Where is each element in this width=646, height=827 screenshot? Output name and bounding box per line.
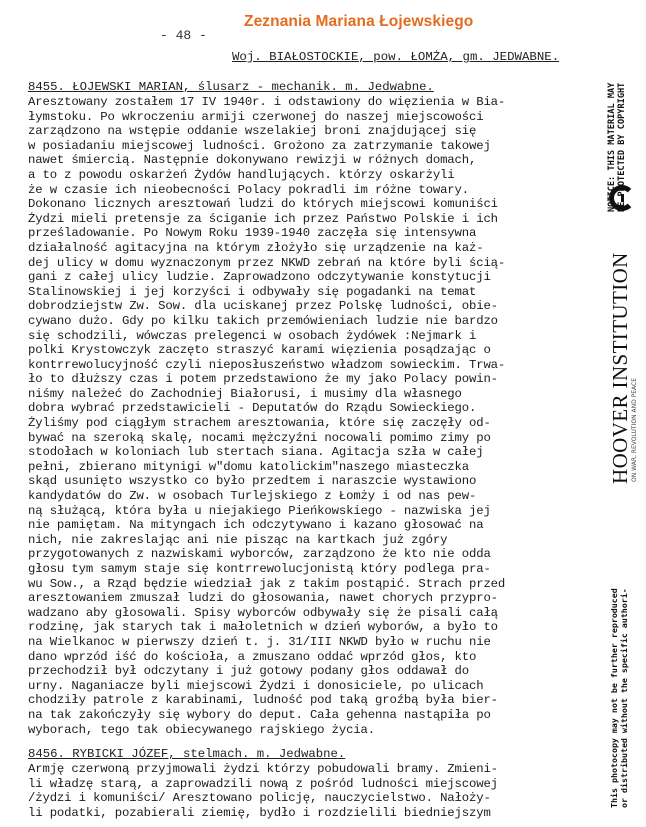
text-line: Żydzi mieli pretensje za ściganie ich pr… (28, 212, 594, 227)
text-line: że w czasie ich nieobecności Polacy pokr… (28, 183, 594, 198)
text-line: nich, nie zakreslając ani nie pisząc na … (28, 533, 594, 548)
text-line: urny. Naganiacze byli miejscowi Żydzi i … (28, 679, 594, 694)
text-line: /żydzi i komuniści/ Aresztowano policję,… (28, 791, 594, 806)
text-line: Armję czerwoną przyjmowali żydzi którzy … (28, 762, 594, 777)
text-line: niśmy należeć do Zachodniej Białorusi, i… (28, 387, 594, 402)
entry-heading: 8456. RYBICKI JÓZEF, stelmach. m. Jedwab… (28, 747, 594, 762)
text-line: przygotowanych z nazwiskami wyborców, za… (28, 547, 594, 562)
text-line: się schodzili, wówczas prelegenci w osob… (28, 329, 594, 344)
text-line: na tak zakończyły się wybory do deput. C… (28, 708, 594, 723)
text-line: Dokonano licznych aresztowań ludzi do kt… (28, 197, 594, 212)
text-line: chodziły patrole z karabinami, ludność p… (28, 693, 594, 708)
text-line: nawet śmiercią. Następnie dokonywano rew… (28, 153, 594, 168)
reproduction-notice-line: This photocopy may not be further reprod… (609, 588, 619, 808)
text-line: nie pamiętam. Na mityngach ich odczytywa… (28, 518, 594, 533)
text-line: dobrodziejstw Zw. Sow. dla uciskanej prz… (28, 299, 594, 314)
reproduction-notice: This photocopy may not be further reprod… (609, 588, 629, 808)
text-line: kandydatów do Zw. w osobach Turlejskiego… (28, 489, 594, 504)
reproduction-notice-line: or distributed without the specific auth… (619, 588, 629, 808)
text-line: rodzinę, jak starych tak i małoletnich w… (28, 620, 594, 635)
text-line: wyborach, tego tak obiecywanego rajskieg… (28, 723, 594, 738)
text-line: przechodził był odczytany i już gotowy p… (28, 664, 594, 679)
text-line: dano wprzód iść do kościoła, a zmuszano … (28, 650, 594, 665)
text-line: ną służącą, która była u niejakiego Pień… (28, 504, 594, 519)
text-line: prześladowanie. Po Nowym Roku 1939-1940 … (28, 226, 594, 241)
text-line: Aresztowany zostałem 17 IV 1940r. i odst… (28, 95, 594, 110)
text-line: bywać na szeroką skalę, nocami mężczyźni… (28, 431, 594, 446)
text-line: działalność agitacyjna na którym złożyło… (28, 241, 594, 256)
text-line: stodołach w koloniach lub stertach siana… (28, 445, 594, 460)
text-line: pełni, zbierano mitynigi w"domu katolick… (28, 460, 594, 475)
testimony-entry: 8455. ŁOJEWSKI MARIAN, ślusarz - mechani… (28, 80, 594, 737)
text-line: li władzę starą, a zaprowadzili nową z p… (28, 777, 594, 792)
page-number: - 48 - (160, 28, 207, 43)
text-line: wu Sow., a Rząd będzie wiedział jak z ta… (28, 577, 594, 592)
text-line: na Wielkanoc w pierwszy dzień t. j. 31/I… (28, 635, 594, 650)
hoover-seal-icon (609, 185, 635, 211)
text-line: wadzano aby głosowali. Spisy wyborców od… (28, 606, 594, 621)
text-line: Żyliśmy pod ciągłym strachem aresztowani… (28, 416, 594, 431)
region-header: Woj. BIAŁOSTOCKIE, pow. ŁOMŻA, gm. JEDWA… (232, 50, 559, 64)
text-line: polki Krystowczyk zaczęto straszyć karam… (28, 343, 594, 358)
text-line: głosu tym samym staje się kontrrewolucjo… (28, 562, 594, 577)
text-line: gani z całej ulicy ludzie. Zaprowadzono … (28, 270, 594, 285)
overlay-title: Zeznania Mariana Łojewskiego (244, 13, 473, 31)
text-line: a to z powodu oskarżeń Żydów handlującyc… (28, 168, 594, 183)
institution-name: HOOVER INSTITUTION (609, 252, 631, 484)
testimony-entry: 8456. RYBICKI JÓZEF, stelmach. m. Jedwab… (28, 747, 594, 820)
text-line: ło to dłuższy czas i potem przedstawiono… (28, 372, 594, 387)
text-line: li podatki, pozabierali ziemię, bydło i … (28, 806, 594, 821)
text-line: kontrrewolucyjność czyli nieposłuszeństw… (28, 358, 594, 373)
text-line: aresztowaniem zmuszał ludzi do głosowani… (28, 591, 594, 606)
text-line: zarządzono na wstępie oddanie wszelakiej… (28, 124, 594, 139)
entry-heading: 8455. ŁOJEWSKI MARIAN, ślusarz - mechani… (28, 80, 594, 95)
entry-body: Aresztowany zostałem 17 IV 1940r. i odst… (28, 95, 594, 737)
text-line: łymstoku. Po wkroczeniu armiji czerwonej… (28, 110, 594, 125)
institution-subtitle: ON WAR, REVOLUTION AND PEACE (631, 378, 638, 482)
text-line: cywano dużo. Gdy po kilku takich przemów… (28, 314, 594, 329)
text-line: w posiadaniu miejscowej ludności. Grożon… (28, 139, 594, 154)
entry-body: Armję czerwoną przyjmowali żydzi którzy … (28, 762, 594, 820)
text-line: dej ulicy w domu wyznaczonym przez NKWD … (28, 256, 594, 271)
text-line: skąd usunięto wszystko co było przedtem … (28, 474, 594, 489)
text-line: dobra wybrać przedstawicieli - Deputatów… (28, 401, 594, 416)
text-line: Stalinowskiej i jej korzyści i odbywały … (28, 285, 594, 300)
